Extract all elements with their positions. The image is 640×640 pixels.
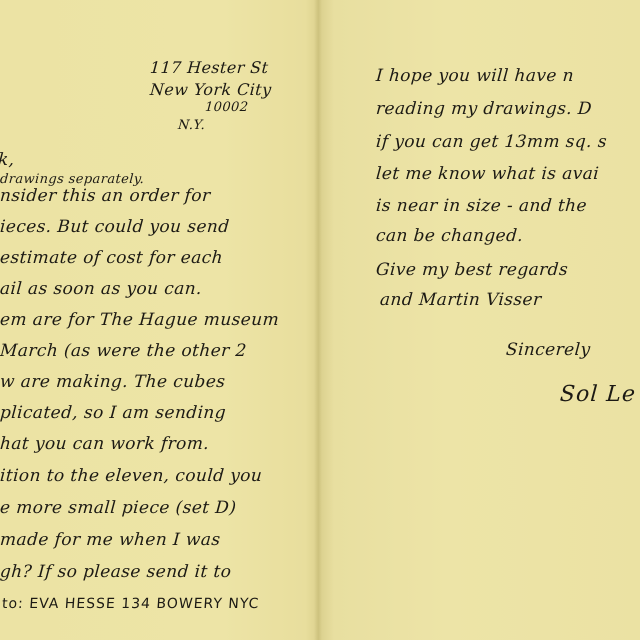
address-zip: 10002 <box>204 100 248 115</box>
address-street: 117 Hester St <box>149 58 269 77</box>
letter-spread: 117 Hester St New York City 10002 N.Y. k… <box>0 0 640 640</box>
letter-line: w are making. The cubes <box>0 372 226 392</box>
signature: Sol Le <box>559 382 637 407</box>
letter-line: ition to the eleven, could you <box>0 466 263 486</box>
letter-line: hat you can work from. <box>0 434 210 454</box>
letter-line: reading my drawings. D <box>375 99 592 119</box>
right-page: I hope you will have n reading my drawin… <box>318 0 640 640</box>
address-state: N.Y. <box>177 118 205 133</box>
letter-line: Give my best regards <box>375 260 568 280</box>
letter-line: can be changed. <box>375 226 524 246</box>
closing: Sincerely <box>505 340 591 360</box>
letter-line: e more small piece (set D) <box>0 498 237 518</box>
letter-line: drawings separately. <box>0 172 145 187</box>
letter-line: let me know what is avai <box>375 164 600 184</box>
letter-line: plicated, so I am sending <box>0 403 227 423</box>
letter-line: I hope you will have n <box>375 66 574 86</box>
letter-line: and Martin Visser <box>379 290 542 310</box>
letter-line: estimate of cost for each <box>0 248 224 268</box>
letter-line: made for me when I was <box>0 530 221 550</box>
letter-line-address: to: EVA HESSE 134 BOWERY NYC <box>1 596 259 612</box>
salutation-fragment: k, <box>0 150 15 170</box>
letter-line: March (as were the other 2 <box>0 341 247 361</box>
letter-line: gh? If so please send it to <box>0 562 232 582</box>
letter-line: if you can get 13mm sq. s <box>375 132 607 152</box>
address-city: New York City <box>149 80 272 99</box>
letter-line: nsider this an order for <box>0 186 211 206</box>
letter-line: ieces. But could you send <box>0 217 230 237</box>
left-page: 117 Hester St New York City 10002 N.Y. k… <box>0 0 318 640</box>
page-gutter <box>314 0 322 640</box>
letter-line: ail as soon as you can. <box>0 279 203 299</box>
letter-line: is near in size - and the <box>375 196 587 216</box>
letter-line: em are for The Hague museum <box>0 310 280 330</box>
